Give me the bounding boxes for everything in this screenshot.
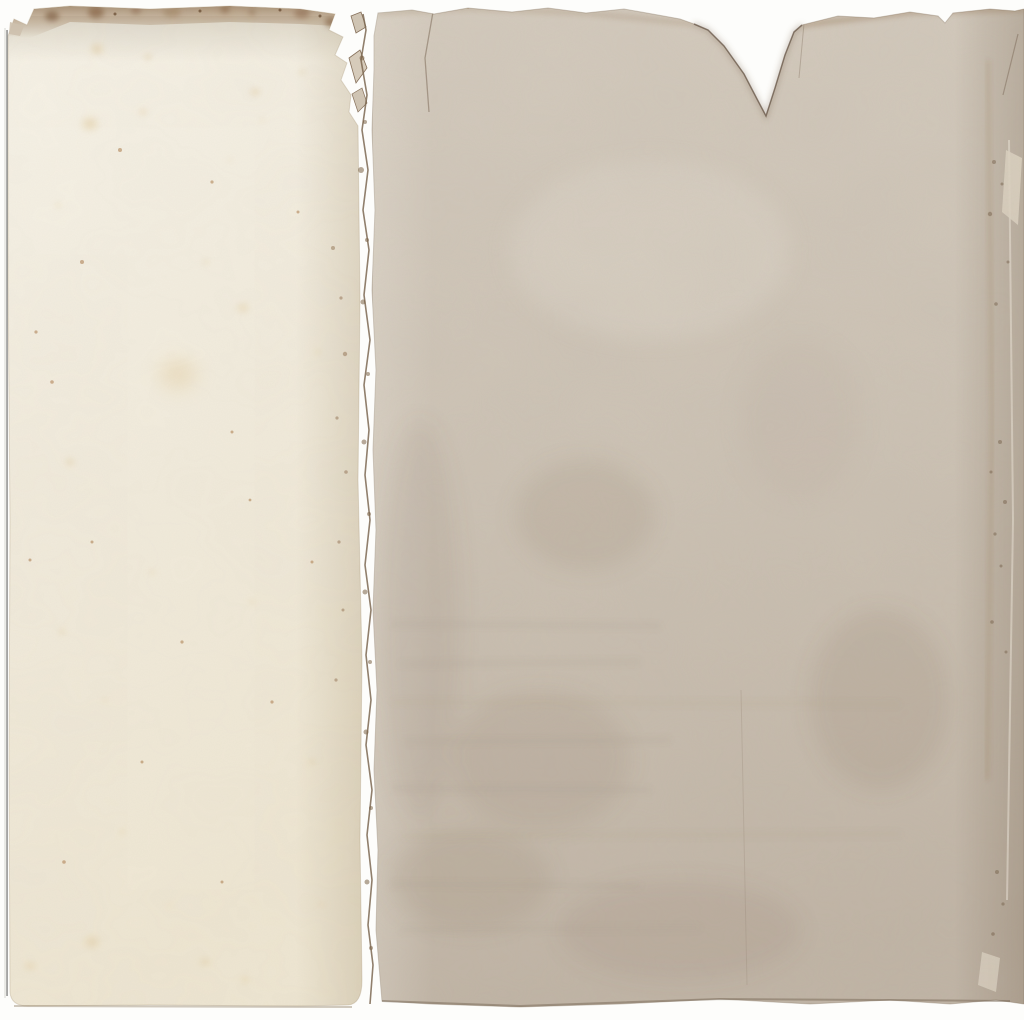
left-scan-edge-line	[5, 28, 8, 998]
book-scan-image	[0, 0, 1024, 1020]
scanned-book-spread: Scan of an open antique book: a blank cr…	[0, 0, 1024, 1020]
left-page-bottom-edge	[14, 1006, 352, 1007]
